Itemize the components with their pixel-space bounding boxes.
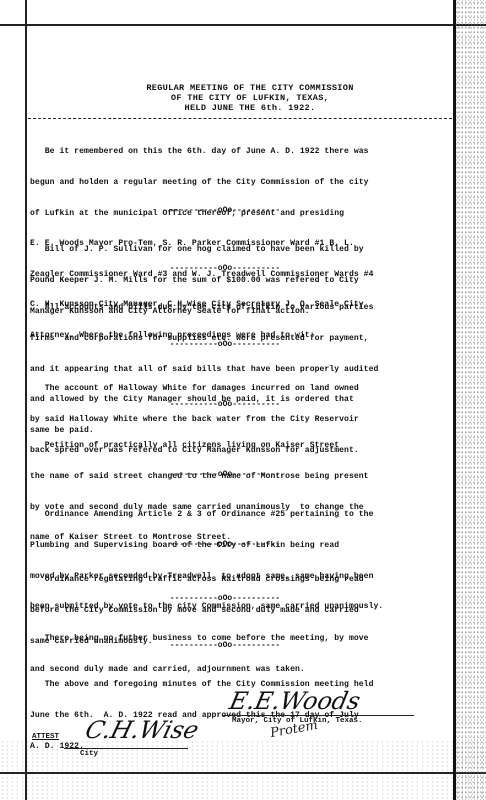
- scan-noise-right-edge: [456, 0, 486, 800]
- text-line: begun and holden a regular meeting of th…: [30, 178, 450, 188]
- text-line: Petition of practically all citizens liv…: [30, 441, 450, 451]
- heading-dashed-rule: [28, 118, 452, 119]
- attest-label: ATTEST: [32, 733, 59, 741]
- separator: ----------oOo----------: [160, 594, 290, 603]
- mayor-signature-line: [222, 715, 414, 716]
- document-heading: REGULAR MEETING OF THE CITY COMMISSION O…: [80, 83, 420, 113]
- separator: ----------oOo----------: [160, 206, 290, 215]
- separator: ----------oOo----------: [160, 400, 290, 409]
- clerk-signature-line: [64, 748, 188, 749]
- separator: ----------oOo----------: [160, 540, 290, 549]
- text-line: Ordinance Amending Article 2 & 3 of Ordi…: [30, 510, 450, 520]
- separator: ----------oOo----------: [160, 641, 290, 650]
- clerk-title: City: [80, 750, 98, 758]
- heading-line-2: OF THE CITY OF LUFKIN, TEXAS,: [80, 93, 420, 103]
- text-line: Ordinance regulating traffic across Rail…: [30, 575, 450, 585]
- separator: ----------oOo----------: [160, 264, 290, 273]
- text-line: Be it remembered on this the 6th. day of…: [30, 147, 450, 157]
- text-line: Bill of J. P. Sullivan for one hog claim…: [30, 245, 450, 255]
- left-margin-line: [25, 0, 27, 800]
- separator: ----------oOo----------: [160, 340, 290, 349]
- top-border-rule: [0, 24, 486, 26]
- clerk-signature: C.H.Wise: [82, 716, 202, 744]
- heading-line-3: HELD JUNE THE 6th. 1922.: [80, 103, 420, 113]
- mayor-signature: E.E.Woods: [227, 688, 362, 714]
- text-line: All accounts and bills due by the city o…: [30, 303, 450, 313]
- separator: ----------oOo----------: [160, 470, 290, 479]
- text-line: The account of Halloway White for damage…: [30, 384, 450, 394]
- heading-line-1: REGULAR MEETING OF THE CITY COMMISSION: [80, 83, 420, 93]
- scanned-document-page: REGULAR MEETING OF THE CITY COMMISSION O…: [0, 0, 486, 800]
